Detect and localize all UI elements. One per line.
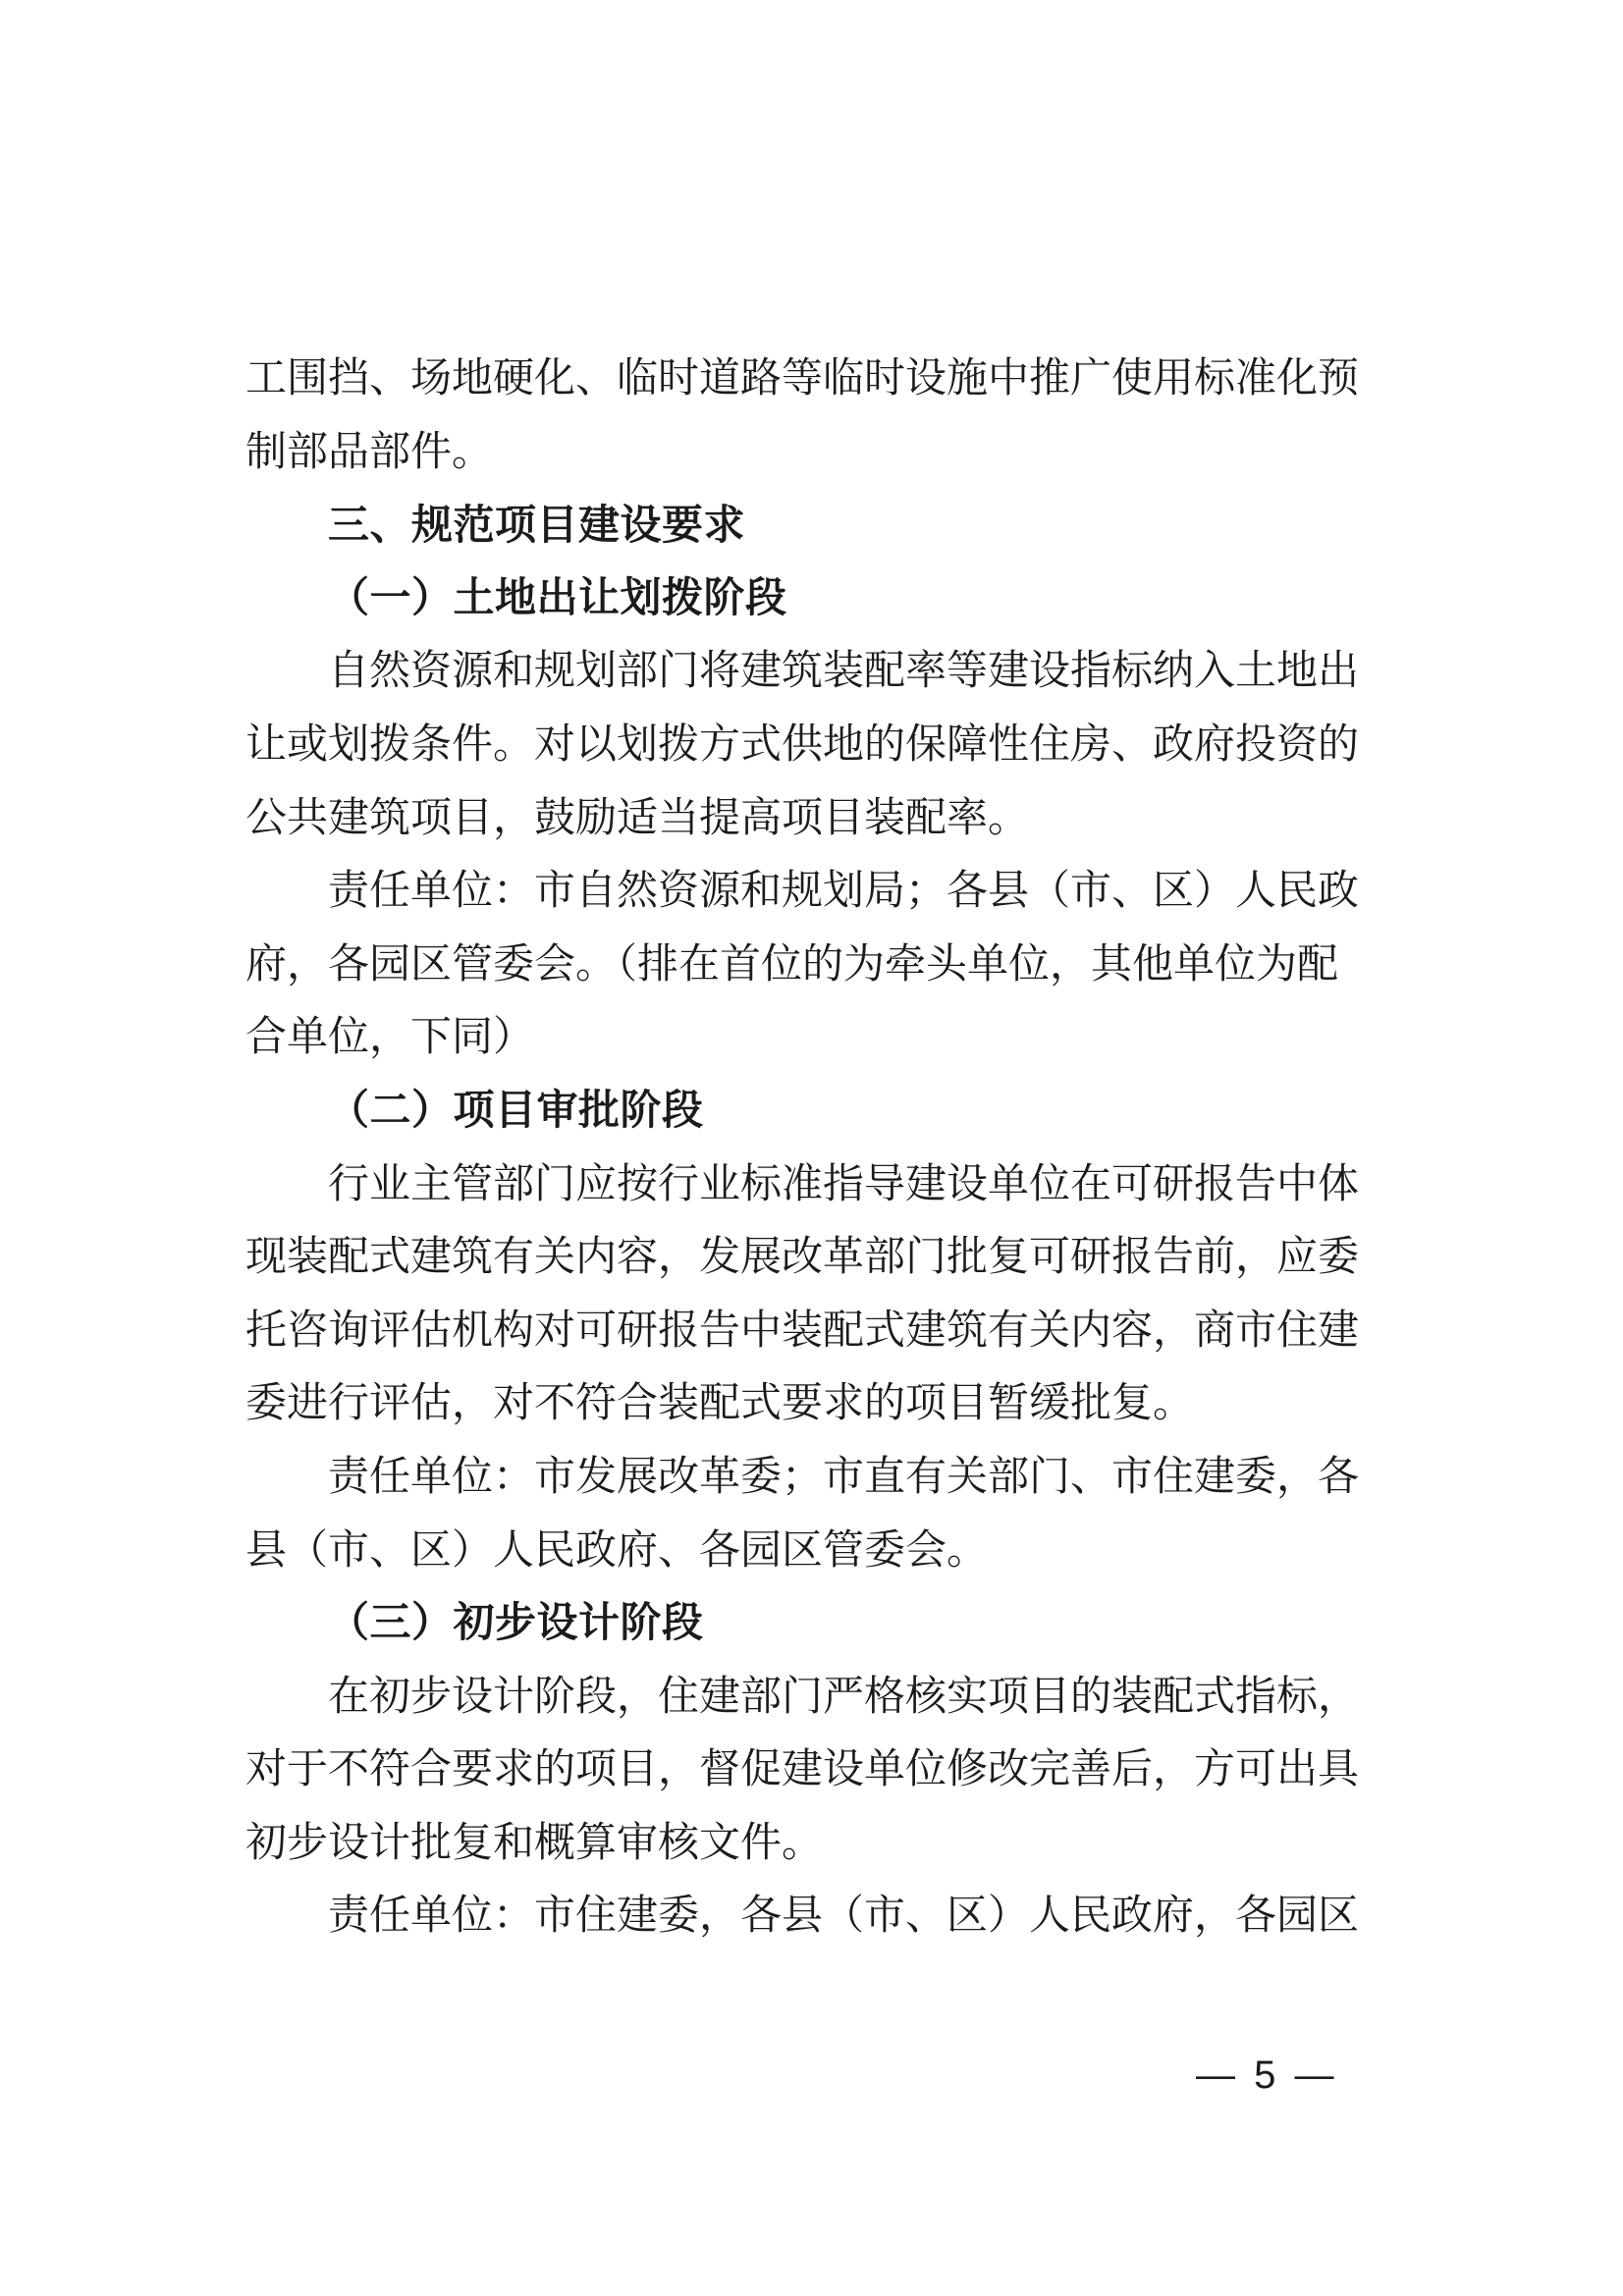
text-line: 对于不符合要求的项目，督促建设单位修改完善后，方可出具 <box>245 1734 1365 1807</box>
document-page: 工围挡、场地硬化、临时道路等临时设施中推广使用标准化预制部品部件。三、规范项目建… <box>0 0 1623 2296</box>
text-line: 托咨询评估机构对可研报告中装配式建筑有关内容，商市住建 <box>245 1295 1365 1368</box>
document-text: 工围挡、场地硬化、临时道路等临时设施中推广使用标准化预制部品部件。三、规范项目建… <box>245 343 1365 1953</box>
text-line: （三）初步设计阶段 <box>245 1587 1365 1661</box>
text-line: 合单位，下同） <box>245 1001 1365 1075</box>
text-line: （二）项目审批阶段 <box>245 1075 1365 1148</box>
text-line: 现装配式建筑有关内容，发展改革部门批复可研报告前，应委 <box>245 1221 1365 1295</box>
text-line: 制部品部件。 <box>245 416 1365 490</box>
text-line: 初步设计批复和概算审核文件。 <box>245 1807 1365 1881</box>
text-line: 责任单位：市住建委，各县（市、区）人民政府，各园区 <box>245 1880 1365 1953</box>
text-line: 行业主管部门应按行业标准指导建设单位在可研报告中体 <box>245 1148 1365 1222</box>
text-line: 三、规范项目建设要求 <box>245 489 1365 562</box>
text-line: 委进行评估，对不符合装配式要求的项目暂缓批复。 <box>245 1367 1365 1441</box>
text-line: （一）土地出让划拨阶段 <box>245 562 1365 636</box>
text-line: 府，各园区管委会。（排在首位的为牵头单位，其他单位为配 <box>245 929 1365 1002</box>
text-line: 公共建筑项目，鼓励适当提高项目装配率。 <box>245 782 1365 856</box>
text-line: 责任单位：市发展改革委；市直有关部门、市住建委，各 <box>245 1441 1365 1515</box>
text-line: 自然资源和规划部门将建筑装配率等建设指标纳入土地出 <box>245 635 1365 709</box>
text-line: 让或划拨条件。对以划拨方式供地的保障性住房、政府投资的 <box>245 709 1365 782</box>
text-line: 在初步设计阶段，住建部门严格核实项目的装配式指标， <box>245 1661 1365 1735</box>
text-line: 工围挡、场地硬化、临时道路等临时设施中推广使用标准化预 <box>245 343 1365 416</box>
text-line: 责任单位：市自然资源和规划局；各县（市、区）人民政 <box>245 855 1365 929</box>
text-line: 县（市、区）人民政府、各园区管委会。 <box>245 1515 1365 1588</box>
page-number: — 5 — <box>1196 2054 1337 2098</box>
